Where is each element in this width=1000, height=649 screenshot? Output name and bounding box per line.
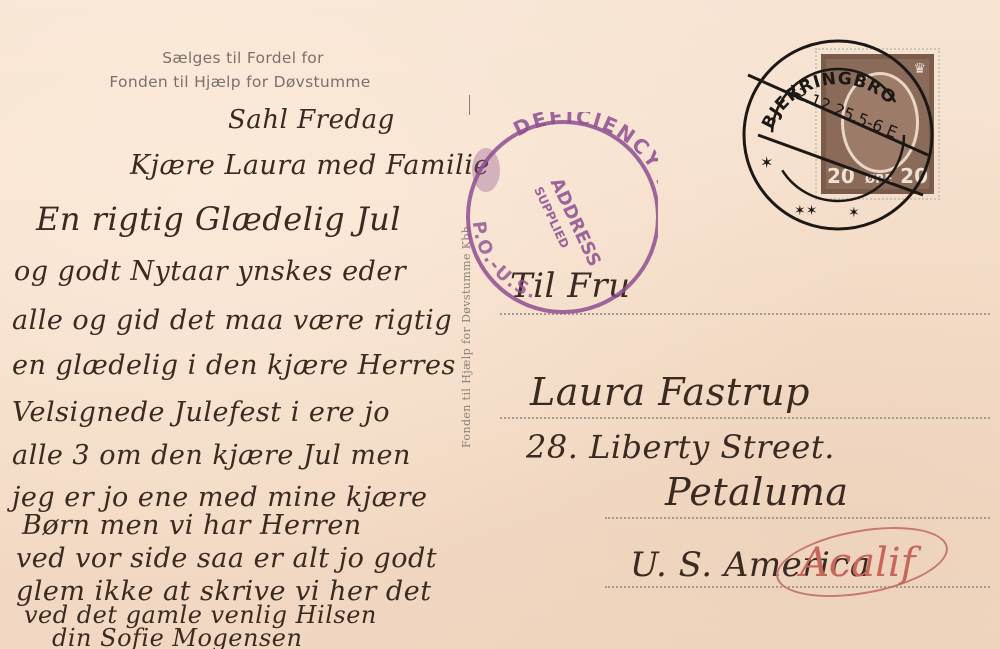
red-annotation: Acalif <box>800 540 916 586</box>
message-line: og godt Nytaar ynskes eder <box>14 256 406 287</box>
address-rule <box>605 517 990 519</box>
address-line-name: Laura Fastrup <box>530 370 810 414</box>
deficiency-cancel-stamp: DEFICIENCY IN ADDRESS SUPPLIED P.O.-U.S. <box>448 112 658 322</box>
cancel-outer-text: DEFICIENCY IN <box>509 112 658 207</box>
message-line: En rigtig Glædelig Jul <box>36 200 401 238</box>
message-line: jeg er jo ene med mine kjære <box>12 482 427 513</box>
star-icon: ✶ <box>760 155 773 172</box>
message-signature: din Sofie Mogensen <box>52 624 302 649</box>
message-line: alle 3 om den kjære Jul men <box>12 440 411 471</box>
address-rule <box>500 417 990 419</box>
address-line-city: Petaluma <box>665 470 849 514</box>
star-icon: ✶✶ <box>794 202 817 218</box>
message-line: en glædelig i den kjære Herres <box>12 350 456 381</box>
postcard: Sælges til Fordel for Fonden til Hjælp f… <box>0 0 1000 649</box>
address-line-street: 28. Liberty Street. <box>526 428 835 466</box>
message-greeting: Kjære Laura med Familie <box>130 150 490 181</box>
message-line: Børn men vi har Herren <box>22 510 362 541</box>
postmark-date: 12.12.25.5-6 E <box>784 80 900 142</box>
star-icon: ✶ <box>848 204 860 220</box>
message-line: alle og gid det maa være rigtig <box>12 305 452 336</box>
printed-header: Sælges til Fordel for Fonden til Hjælp f… <box>40 46 440 94</box>
svg-text:DEFICIENCY IN: DEFICIENCY IN <box>509 112 658 207</box>
message-place-day: Sahl Fredag <box>228 105 395 135</box>
message-line: Velsignede Julefest i ere jo <box>12 397 390 428</box>
message-line: ved vor side saa er alt jo godt <box>16 543 437 574</box>
postmark: BJERRINGBRO 12.12.25.5-6 E ✶ ✶✶ ✶ <box>738 35 938 235</box>
printed-header-line1: Sælges til Fordel for <box>40 46 440 70</box>
printed-header-line2: Fonden til Hjælp for Døvstumme <box>40 70 440 94</box>
